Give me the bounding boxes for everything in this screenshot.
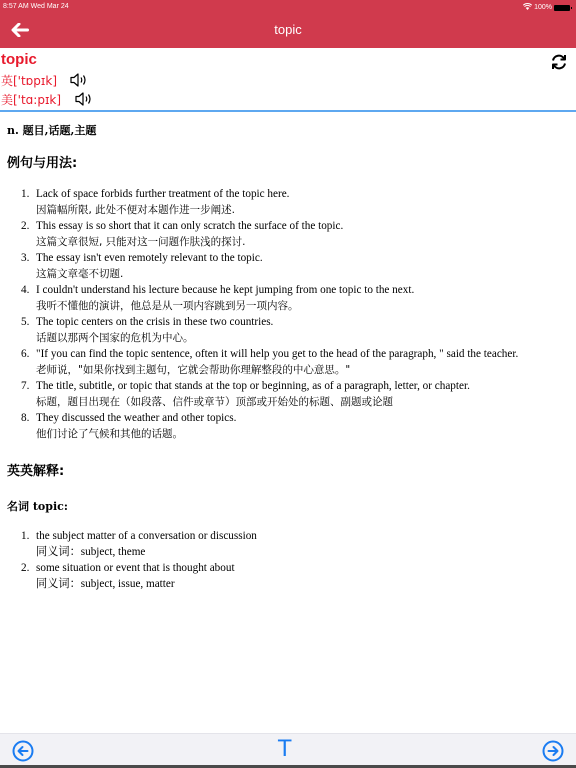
next-button[interactable] — [542, 740, 564, 762]
refresh-icon — [550, 53, 568, 71]
example-zh: 我听不懂他的演讲，他总是从一项内容跳到另一项内容。 — [36, 298, 576, 314]
arrow-circle-right-icon — [542, 740, 564, 762]
example-en: The topic centers on the crisis in these… — [36, 314, 576, 330]
item-number: 2. — [21, 218, 29, 234]
example-en: "If you can find the topic sentence, oft… — [36, 346, 576, 362]
uk-speaker-button[interactable] — [70, 73, 88, 92]
synonyms: 同义词：subject, theme — [36, 544, 576, 560]
item-number: 7. — [21, 378, 29, 394]
example-item: 7. The title, subtitle, or topic that st… — [0, 378, 576, 410]
example-zh: 话题以那两个国家的危机为中心。 — [36, 330, 576, 346]
example-item: 3. The essay isn't even remotely relevan… — [0, 250, 576, 282]
example-en: The essay isn't even remotely relevant t… — [36, 250, 576, 266]
pos-heading: 名词 topic: — [7, 498, 68, 514]
page-title: topic — [0, 22, 576, 37]
us-speaker-button[interactable] — [75, 92, 93, 111]
example-en: I couldn't understand his lecture becaus… — [36, 282, 576, 298]
status-right: 100% — [523, 3, 570, 12]
example-item: 6. "If you can find the topic sentence, … — [0, 346, 576, 378]
item-number: 5. — [21, 314, 29, 330]
us-phonetic: 美['tɑ:pɪk] — [1, 91, 61, 108]
synonyms: 同义词：subject, issue, matter — [36, 576, 576, 592]
definition-item: 1. the subject matter of a conversation … — [0, 528, 576, 560]
wifi-icon — [523, 3, 532, 12]
examples-list: 1. Lack of space forbids further treatme… — [0, 186, 576, 442]
example-item: 2. This essay is so short that it can on… — [0, 218, 576, 250]
definition-item: 2. some situation or event that is thoug… — [0, 560, 576, 592]
example-en: This essay is so short that it can only … — [36, 218, 576, 234]
word-header: topic 英['tɒpɪk] 美['tɑ:pɪk] — [0, 48, 576, 112]
item-number: 6. — [21, 346, 29, 362]
battery-icon — [554, 5, 570, 11]
examples-heading: 例句与用法: — [7, 152, 77, 171]
example-zh: 他们讨论了气候和其他的话题。 — [36, 426, 576, 442]
previous-button[interactable] — [12, 740, 34, 762]
example-en: The title, subtitle, or topic that stand… — [36, 378, 576, 394]
brief-meaning: n. 题目,话题,主题 — [7, 122, 96, 138]
uk-pronunciation: 英['tɒpɪk] — [1, 72, 57, 89]
example-zh: 标题，题目出现在（如段落、信件或章节）顶部或开始处的标题、副题或论题 — [36, 394, 576, 410]
battery-percent: 100% — [534, 4, 552, 11]
top-bar: 8:57 AM Wed Mar 24 100% topic — [0, 0, 576, 48]
example-item: 1. Lack of space forbids further treatme… — [0, 186, 576, 218]
item-number: 3. — [21, 250, 29, 266]
speaker-icon — [75, 92, 93, 106]
english-def-list: 1. the subject matter of a conversation … — [0, 528, 576, 592]
font-size-button[interactable]: T — [278, 737, 291, 762]
example-item: 8. They discussed the weather and other … — [0, 410, 576, 442]
english-def-heading: 英英解释: — [7, 460, 64, 479]
nav-bar: topic — [0, 14, 576, 48]
item-number: 1. — [21, 528, 29, 544]
headword: topic — [1, 51, 37, 68]
example-zh: 因篇幅所限, 此处不便对本题作进一步阐述. — [36, 202, 576, 218]
speaker-icon — [70, 73, 88, 87]
example-zh: 这篇文章很短, 只能对这一问题作肤浅的探讨. — [36, 234, 576, 250]
uk-phonetic: 英['tɒpɪk] — [1, 72, 57, 89]
status-bar: 8:57 AM Wed Mar 24 100% — [0, 0, 576, 14]
bottom-toolbar: T — [0, 733, 576, 765]
example-en: They discussed the weather and other top… — [36, 410, 576, 426]
item-number: 2. — [21, 560, 29, 576]
item-number: 1. — [21, 186, 29, 202]
definition-en: the subject matter of a conversation or … — [36, 528, 576, 544]
item-number: 8. — [21, 410, 29, 426]
status-time: 8:57 AM Wed Mar 24 — [3, 3, 69, 10]
example-item: 5. The topic centers on the crisis in th… — [0, 314, 576, 346]
example-zh: 老师说，"如果你找到主题句，它就会帮助你理解整段的中心意思。" — [36, 362, 576, 378]
example-item: 4. I couldn't understand his lecture bec… — [0, 282, 576, 314]
arrow-circle-left-icon — [12, 740, 34, 762]
definition-en: some situation or event that is thought … — [36, 560, 576, 576]
refresh-button[interactable] — [550, 53, 568, 76]
example-zh: 这篇文章毫不切题. — [36, 266, 576, 282]
us-pronunciation: 美['tɑ:pɪk] — [1, 91, 61, 108]
item-number: 4. — [21, 282, 29, 298]
example-en: Lack of space forbids further treatment … — [36, 186, 576, 202]
